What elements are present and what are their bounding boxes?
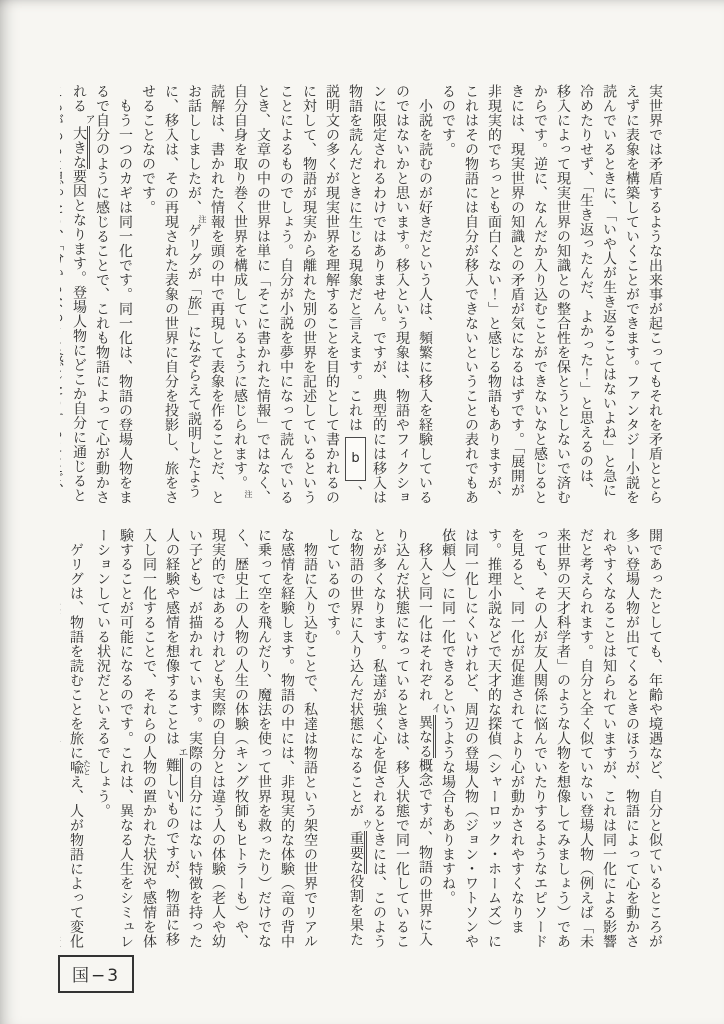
text-run: 物語に入り込むことで、私達は物語という架空の世界でリアルな感情を経験します。物語…	[164, 528, 318, 949]
double-sideline-text: 異なる	[417, 715, 436, 759]
text-block-top: 実世界では矛盾するような出来事が起こってもそれを矛盾ととらえずに表象を構築してい…	[60, 84, 666, 508]
text-run: 、説明文の多くが現実世界を理解することを目的として書かれるのに対して、物語が現実…	[232, 84, 363, 505]
text-run: 開であったとしても、年齢や境遇など、自分と似ているところが多い登場人物が出てくる…	[440, 528, 663, 949]
text-run: 移入と同一化はそれぞれ	[417, 528, 433, 702]
page-number-label: 国−3	[58, 955, 134, 993]
paragraph: 小説を読むのが好きだという人は、頻繁に移入を経験しているのではないかと思います。…	[136, 84, 436, 508]
exam-page: 実世界では矛盾するような出来事が起こってもそれを矛盾ととらえずに表象を構築してい…	[0, 0, 724, 1024]
double-sideline-text: 難しい	[164, 758, 183, 802]
paragraph: ゲリグは、物語を読むことを旅に喩たとえ、人が物語によって変化する、とも述べていま…	[60, 528, 91, 952]
kana-marker-label: エ	[176, 747, 186, 758]
paragraph: 移入と同一化はそれぞれイ異なる概念ですが、物語の世界に入り込んだ状態になっている…	[321, 528, 436, 952]
kana-marker-label: ウ	[360, 819, 370, 830]
blank-answer-box: b	[345, 437, 366, 481]
double-sideline-text: 重要な	[348, 831, 367, 875]
note-reference-mark: 注	[244, 490, 252, 499]
text-block-bottom: 開であったとしても、年齢や境遇など、自分と似ているところが多い登場人物が出てくる…	[60, 528, 666, 952]
paragraph: 実世界では矛盾するような出来事が起こってもそれを矛盾ととらえずに表象を構築してい…	[436, 84, 666, 508]
paragraph: 物語に入り込むことで、私達は物語という架空の世界でリアルな感情を経験します。物語…	[91, 528, 321, 952]
kana-marker-label: ア	[83, 114, 93, 125]
text-run: ゲリグは、物語を読むことを旅に	[68, 528, 84, 760]
kana-marker-label: イ	[429, 703, 439, 714]
note-reference-mark: 注	[198, 215, 206, 224]
ruby-annotated-text: 喩たと	[68, 760, 84, 775]
text-run: 実世界では矛盾するような出来事が起こってもそれを矛盾ととらえずに表象を構築してい…	[440, 84, 663, 505]
double-sideline-text: 大きな	[71, 126, 90, 170]
paragraph: 開であったとしても、年齢や境遇など、自分と似ているところが多い登場人物が出てくる…	[436, 528, 666, 952]
paragraph: もう一つのカギは同一化です。同一化は、物語の登場人物をまるで自分のように感じるこ…	[60, 84, 136, 508]
